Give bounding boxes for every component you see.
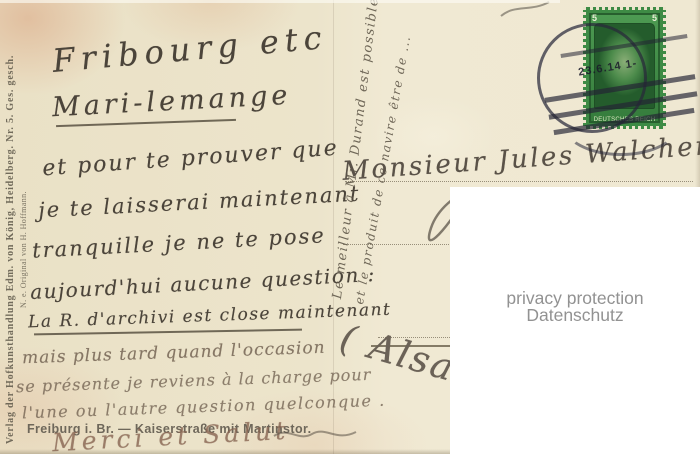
privacy-line-2: Datenschutz — [450, 307, 700, 324]
address-divider-line — [333, 0, 334, 454]
stamp-denomination: 5 — [592, 13, 597, 23]
message-line: Fribourg etc — [51, 18, 329, 80]
signature-scribble — [270, 412, 360, 452]
ink-stroke — [495, 0, 555, 20]
message-line: mais plus tard quand l'occasion — [22, 338, 326, 369]
message-line: je te laisserai maintenant — [38, 182, 361, 223]
message-line: aujourd'hui aucune question : — [30, 262, 377, 304]
message-line: tranquille je ne te pose — [32, 223, 327, 262]
scan-edge-right — [695, 0, 700, 190]
postcard-scan: Verlag der Hofkunsthandlung Edm. von Kön… — [0, 0, 700, 454]
privacy-overlay: privacy protection Datenschutz — [450, 187, 700, 454]
message-line: La R. d'archivi est close maintenant — [28, 300, 392, 333]
privacy-overlay-text: privacy protection Datenschutz — [450, 290, 700, 324]
scan-edge-bottom — [0, 449, 455, 454]
message-line: Mari-lemange — [51, 80, 292, 123]
stamp-denomination: 5 — [652, 13, 657, 23]
message-line: se présente je reviens à la charge pour — [16, 365, 372, 396]
scan-edge-top — [0, 0, 560, 3]
artist-credit: N. e. Original von H. Hoffmann. — [19, 128, 28, 308]
message-line: et pour te prouver que — [41, 136, 339, 182]
publisher-imprint: Verlag der Hofkunsthandlung Edm. von Kön… — [5, 14, 16, 444]
